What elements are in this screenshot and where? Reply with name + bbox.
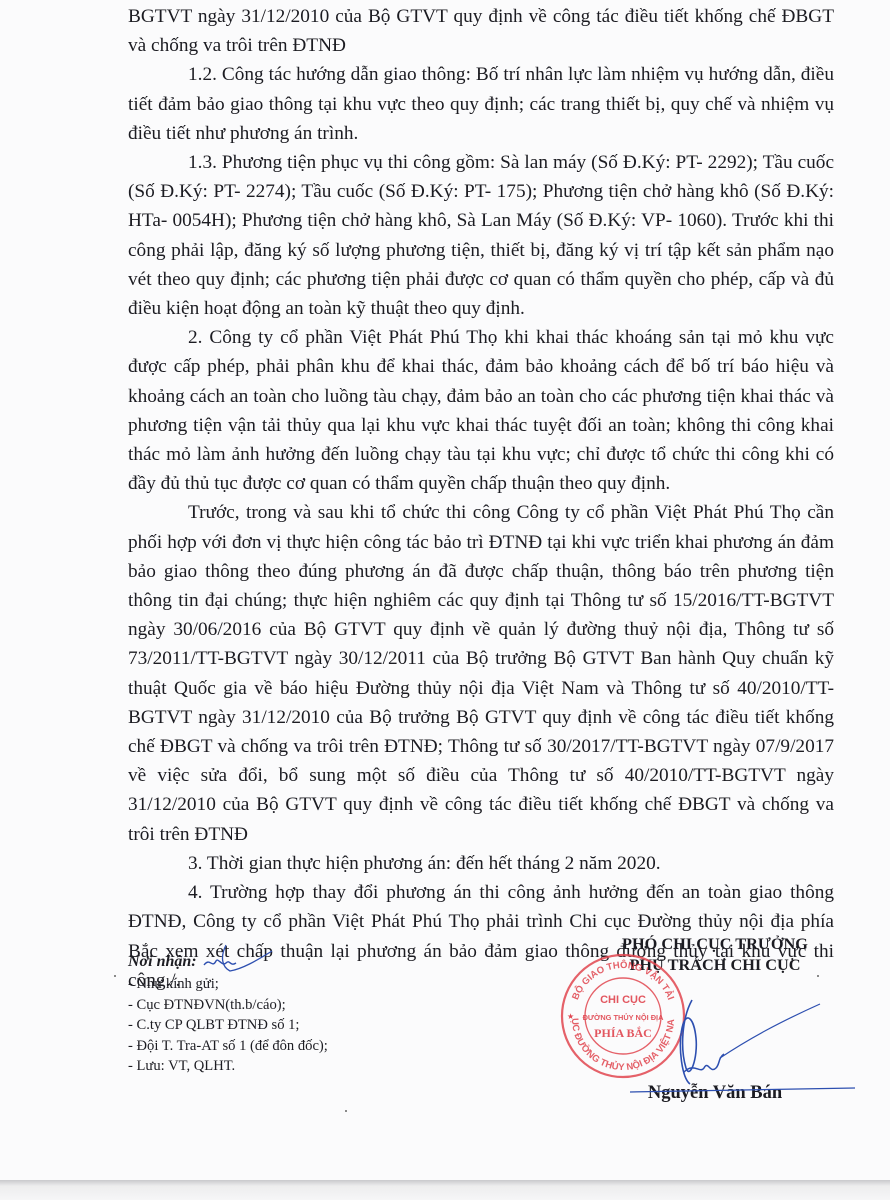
paragraph-2-coordination: Trước, trong và sau khi tổ chức thi công… <box>128 498 834 848</box>
signature-block: PHÓ CHI CỤC TRƯỞNG PHỤ TRÁCH CHI CỤC BỘ … <box>560 933 870 975</box>
initials-signature-icon <box>200 943 275 975</box>
document-body: BGTVT ngày 31/12/2010 của Bộ GTVT quy đị… <box>128 2 834 995</box>
recipient-item: - Đội T. Tra-AT số 1 (để đôn đốc); <box>128 1036 328 1057</box>
scan-speck <box>345 1110 347 1112</box>
paragraph-3-timeline: 3. Thời gian thực hiện phương án: đến hế… <box>128 849 834 878</box>
recipient-item: - Cục ĐTNĐVN(th.b/cáo); <box>128 995 328 1016</box>
signer-title-line1: PHÓ CHI CỤC TRƯỞNG <box>560 933 870 954</box>
recipient-item: - C.ty CP QLBT ĐTNĐ số 1; <box>128 1015 328 1036</box>
paragraph-continuation: BGTVT ngày 31/12/2010 của Bộ GTVT quy đị… <box>128 2 834 60</box>
scan-speck <box>114 975 116 977</box>
scan-speck <box>817 975 819 977</box>
paragraph-2-mining: 2. Công ty cổ phần Việt Phát Phú Thọ khi… <box>128 323 834 498</box>
handwritten-signature-icon <box>620 988 860 1098</box>
svg-text:★: ★ <box>567 1012 574 1021</box>
signer-name: Nguyễn Văn Bán <box>560 1083 870 1104</box>
svg-text:PHÍA BẮC: PHÍA BẮC <box>594 1025 652 1040</box>
svg-text:ĐƯỜNG THỦY NỘI ĐỊA: ĐƯỜNG THỦY NỘI ĐỊA <box>583 1013 665 1022</box>
paragraph-1-3-vessels: 1.3. Phương tiện phục vụ thi công gồm: S… <box>128 148 834 323</box>
signer-title-line2: PHỤ TRÁCH CHI CỤC <box>560 954 870 975</box>
svg-text:CHI CỤC: CHI CỤC <box>600 994 646 1006</box>
recipient-item: - Như kính gửi; <box>128 974 328 995</box>
recipient-item: - Lưu: VT, QLHT. <box>128 1056 328 1077</box>
page-bottom-edge <box>0 1180 890 1200</box>
paragraph-1-2-traffic-guidance: 1.2. Công tác hướng dẫn giao thông: Bố t… <box>128 60 834 148</box>
